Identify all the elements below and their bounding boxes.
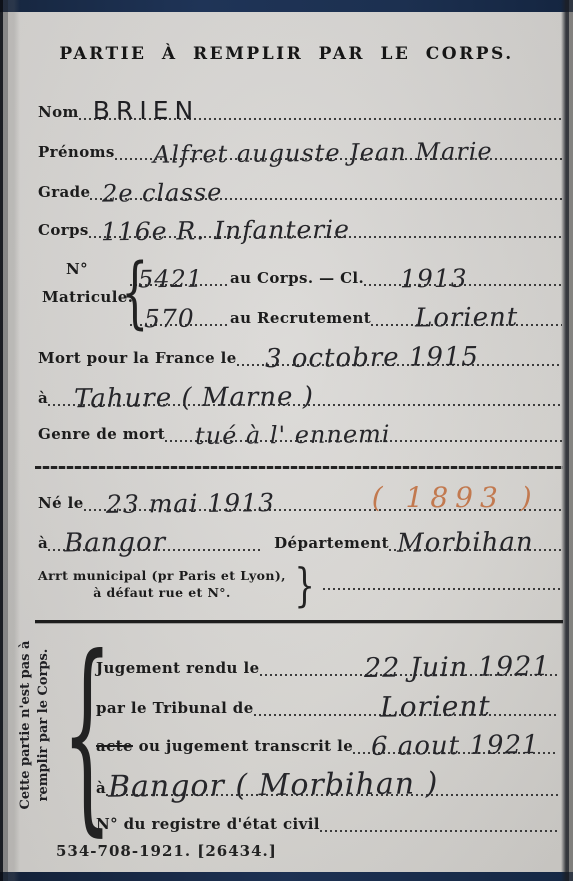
jugement-rendu-label: Jugement rendu le <box>96 659 260 680</box>
field-grade: Grade 2e classe <box>38 166 562 204</box>
mort-lieu-handwritten-value: Tahure ( Marne ) <box>74 384 314 413</box>
departement-handwritten-value: Morbihan <box>397 529 534 556</box>
field-jugement-lieu: à Bangor ( Morbihan ) <box>96 758 558 800</box>
grade-label: Grade <box>38 183 90 204</box>
genre-mort-entry-area: tué à l' ennemi <box>165 410 562 446</box>
matricule-label-matricule: Matricule. <box>42 288 133 309</box>
registre-dotted-line <box>320 830 558 832</box>
field-naissance-lieu: à Bangor Département Morbihan <box>38 518 562 555</box>
prenoms-label: Prénoms <box>38 143 115 164</box>
naissance-lieu-handwritten-value: Bangor <box>64 529 166 556</box>
mort-date-handwritten-value: 3 octobre 1915 <box>265 344 479 372</box>
scan-border-bottom <box>0 872 573 881</box>
birth-year-annotation: ( 1893 ) <box>372 484 539 512</box>
corps-label: Corps <box>38 221 89 242</box>
matricule-corps-row: 5421 au Corps. — Cl. 1913 <box>130 252 562 290</box>
registre-label: N° du registre d'état civil <box>96 815 320 836</box>
jugement-transcrit-label: acte ou jugement transcrit le <box>96 737 353 758</box>
departement-entry-area: Morbihan <box>389 518 562 555</box>
departement-label: Département <box>274 534 389 555</box>
nom-label: Nom <box>38 103 79 124</box>
matricule-recrutement-number: 570 <box>144 306 195 332</box>
jugement-tribunal-label: par le Tribunal de <box>96 699 254 720</box>
jugement-transcrit-label-rest: ou jugement transcrit le <box>139 737 354 755</box>
genre-mort-handwritten-value: tué à l' ennemi <box>195 422 391 448</box>
jugement-tribunal-entry-area: Lorient <box>254 684 558 720</box>
field-naissance-date: Né le 23 mai 1913 ( 1893 ) <box>38 478 562 515</box>
jugement-lieu-entry-area: Bangor ( Morbihan ) <box>106 758 558 800</box>
arrondissement-brace: } <box>294 562 314 608</box>
registre-entry-area <box>320 800 558 836</box>
mort-date-entry-area: 3 octobre 1915 <box>237 332 562 370</box>
jugement-transcrit-entry-area: 6 aout 1921 <box>353 722 558 758</box>
matricule-corps-label: au Corps. — Cl. <box>230 269 364 290</box>
grade-handwritten-value: 2e classe <box>102 180 223 205</box>
form-title: PARTIE À REMPLIR PAR LE CORPS. <box>0 44 573 64</box>
nom-entry-area: BRIEN <box>79 86 562 124</box>
jugement-tribunal-handwritten-value: Lorient <box>379 692 490 721</box>
field-jugement-rendu: Jugement rendu le 22 Juin 1921 <box>96 644 558 680</box>
section-divider-dashed <box>35 466 563 469</box>
matricule-corps-number: 5421 <box>138 267 203 292</box>
jugement-block: Cette partie n'est pas à remplir par le … <box>0 636 573 848</box>
jugement-rendu-handwritten-value: 22 Juin 1921 <box>363 653 550 682</box>
naissance-date-label: Né le <box>38 494 84 515</box>
matricule-classe-area: 1913 <box>364 252 562 290</box>
military-death-record-card: PARTIE À REMPLIR PAR LE CORPS. Nom BRIEN… <box>0 0 573 881</box>
naissance-lieu-label: à <box>38 534 48 555</box>
matricule-recrutement-label: au Recrutement <box>230 309 371 330</box>
naissance-date-handwritten-value: 23 mai 1913 <box>106 490 275 517</box>
genre-mort-label: Genre de mort <box>38 425 165 446</box>
jugement-lieu-handwritten-value: Bangor ( Morbihan ) <box>108 769 439 802</box>
arrondissement-label-line1: Arrt municipal (pr Paris et Lyon), <box>38 568 286 585</box>
field-matricule-block: N° Matricule. { 5421 au Corps. — Cl. 191… <box>38 252 562 332</box>
section-divider-solid <box>35 620 563 623</box>
field-mort-lieu: à Tahure ( Marne ) <box>38 372 562 410</box>
arrondissement-entry-area <box>323 580 562 590</box>
field-arrondissement: Arrt municipal (pr Paris et Lyon), à déf… <box>38 562 562 608</box>
corps-handwritten-value: 116e R. Infanterie <box>101 217 350 245</box>
matricule-label-no: N° <box>66 260 88 281</box>
matricule-classe-value: 1913 <box>400 266 468 292</box>
jugement-rendu-entry-area: 22 Juin 1921 <box>260 644 558 680</box>
arrondissement-label-block: Arrt municipal (pr Paris et Lyon), à déf… <box>38 568 286 602</box>
field-nom: Nom BRIEN <box>38 86 562 124</box>
field-genre-mort: Genre de mort tué à l' ennemi <box>38 410 562 446</box>
naissance-lieu-entry-area: Bangor <box>48 518 260 555</box>
matricule-recrutement-row: 570 au Recrutement Lorient <box>130 292 562 330</box>
corps-entry-area: 116e R. Infanterie <box>89 204 562 242</box>
grade-entry-area: 2e classe <box>90 166 562 204</box>
naissance-date-entry-area: 23 mai 1913 ( 1893 ) <box>84 478 562 515</box>
mort-date-label: Mort pour la France le <box>38 349 237 370</box>
scan-border-top <box>0 0 573 12</box>
matricule-place-area: Lorient <box>371 292 562 330</box>
field-jugement-tribunal: par le Tribunal de Lorient <box>96 684 558 720</box>
field-registre: N° du registre d'état civil <box>96 800 558 836</box>
arrondissement-label-line2: à défaut rue et N°. <box>38 585 286 602</box>
jugement-transcrit-handwritten-value: 6 aout 1921 <box>371 732 540 760</box>
nom-handwritten-value: BRIEN <box>93 98 199 123</box>
field-mort-date: Mort pour la France le 3 octobre 1915 <box>38 332 562 370</box>
matricule-place-value: Lorient <box>415 304 519 331</box>
field-jugement-transcrit: acte ou jugement transcrit le 6 aout 192… <box>96 722 558 758</box>
mort-lieu-entry-area: Tahure ( Marne ) <box>48 372 562 410</box>
prenoms-entry-area: Alfret auguste Jean Marie <box>115 126 562 164</box>
arrondissement-dotted-line <box>323 588 562 590</box>
field-corps: Corps 116e R. Infanterie <box>38 204 562 242</box>
field-prenoms: Prénoms Alfret auguste Jean Marie <box>38 126 562 164</box>
mort-lieu-label: à <box>38 389 48 410</box>
jugement-side-note: Cette partie n'est pas à remplir par le … <box>17 640 79 810</box>
prenoms-handwritten-value: Alfret auguste Jean Marie <box>153 139 493 167</box>
